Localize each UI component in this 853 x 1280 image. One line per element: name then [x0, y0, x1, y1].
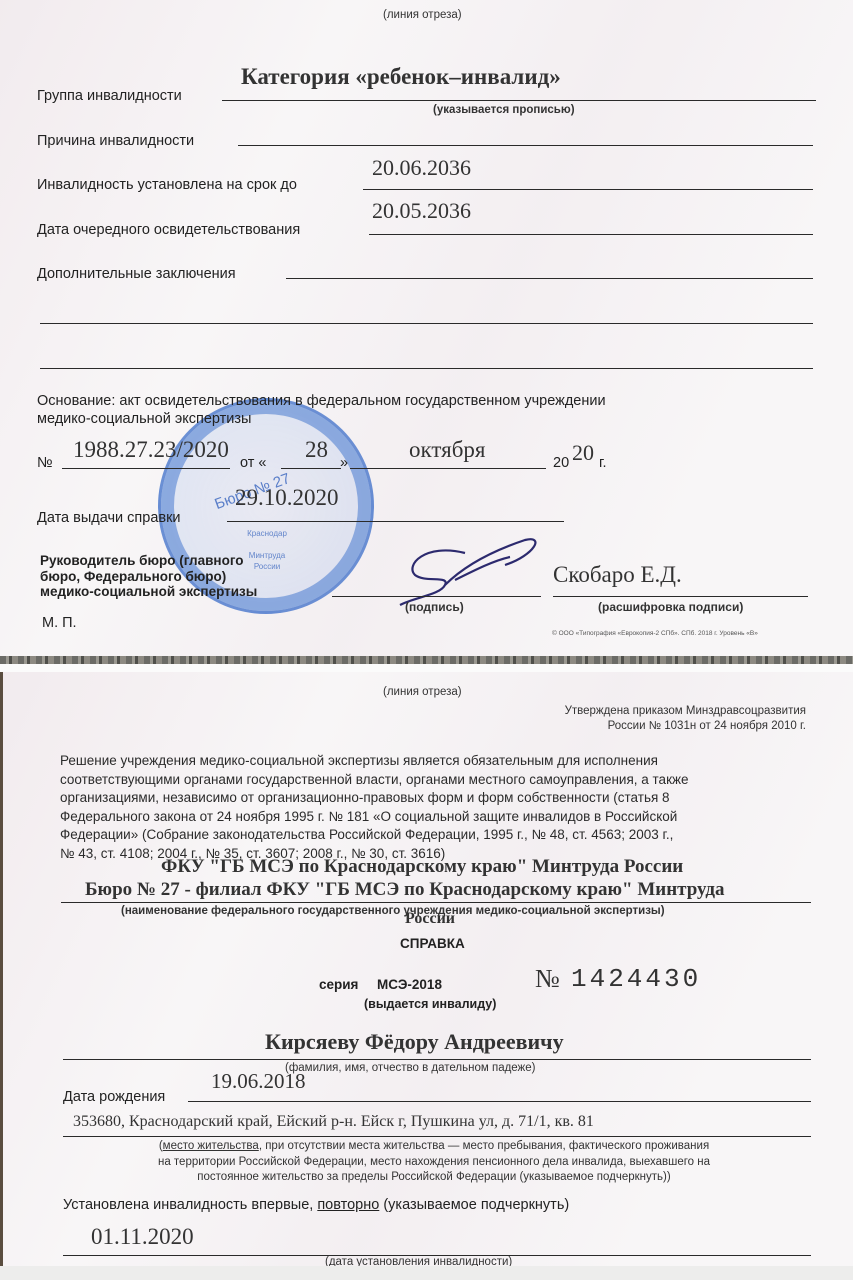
institution-line-2: Бюро № 27 - филиал ФКУ "ГБ МСЭ по Красно… — [85, 879, 724, 901]
address-hint: (место жительства, при отсутствии места … — [79, 1139, 789, 1186]
cut-line-label-bottom: (линия отреза) — [383, 686, 462, 698]
next-exam-value: 20.05.2036 — [372, 198, 471, 224]
sheet-gap — [0, 664, 853, 672]
established-underlined: повторно — [317, 1197, 379, 1213]
institution-line-1: ФКУ "ГБ МСЭ по Краснодарскому краю" Минт… — [161, 856, 683, 878]
address-value: 353680, Краснодарский край, Ейский р-н. … — [73, 1113, 594, 1131]
decoded-signature-value: Скобаро Е.Д. — [553, 562, 682, 588]
basis-month-line — [350, 468, 546, 469]
basis-day-line — [281, 468, 341, 469]
series-value: МСЭ-2018 — [377, 977, 442, 992]
basis-number-line — [62, 468, 230, 469]
stamp-inner-line-1: Краснодар — [237, 529, 297, 538]
valid-until-label: Инвалидность установлена на срок до — [37, 177, 297, 193]
basis-year-unit: г. — [599, 455, 607, 471]
legal-line-4: Федерального закона от 24 ноября 1995 г.… — [60, 808, 810, 827]
cause-label: Причина инвалидности — [37, 133, 194, 149]
institution-line-3: России — [405, 910, 455, 928]
decoded-signature-line — [553, 596, 808, 597]
disability-group-label: Группа инвалидности — [37, 88, 182, 104]
issue-date-label: Дата выдачи справки — [37, 510, 181, 526]
series-label: серия — [319, 977, 358, 992]
issue-date-line — [227, 521, 564, 522]
document-title: СПРАВКА — [400, 936, 465, 951]
birth-date-line — [188, 1101, 811, 1102]
additional-line-1 — [286, 278, 813, 279]
birth-date-label: Дата рождения — [63, 1089, 165, 1105]
additional-label: Дополнительные заключения — [37, 266, 236, 282]
address-hint-rest: , при отсутствии места жительства — мест… — [259, 1140, 709, 1152]
person-name-line — [63, 1059, 811, 1060]
additional-line-3 — [40, 368, 813, 369]
additional-line-2 — [40, 323, 813, 324]
institution-line — [61, 902, 811, 903]
person-name: Кирсяеву Фёдору Андреевичу — [265, 1029, 564, 1055]
legal-line-2: соответствующими органами государственно… — [60, 771, 810, 790]
valid-until-value: 20.06.2036 — [372, 155, 471, 181]
seal-place-label: М. П. — [42, 615, 77, 631]
signature-line — [332, 596, 541, 597]
bottom-band — [0, 1266, 853, 1280]
basis-day-value: 28 — [305, 437, 328, 463]
signature-icon — [395, 535, 555, 610]
disability-group-hint: (указывается прописью) — [433, 104, 575, 116]
basis-day-close: » — [340, 455, 348, 471]
certificate-lower-part: (линия отреза) Утверждена приказом Минзд… — [0, 672, 853, 1266]
basis-from-label: от « — [240, 455, 266, 471]
basis-number-value: 1988.27.23/2020 — [73, 437, 229, 463]
approval-note: Утверждена приказом Минздравсоцразвития … — [565, 704, 806, 734]
basis-number-prefix: № — [37, 455, 53, 471]
established-prefix: Установлена инвалидность впервые, — [63, 1197, 317, 1213]
legal-line-5: Федерации» (Собрание законодательства Ро… — [60, 826, 810, 845]
approval-note-line-1: Утверждена приказом Минздравсоцразвития — [565, 704, 806, 719]
person-name-hint: (фамилия, имя, отчество в дательном паде… — [285, 1062, 535, 1074]
next-exam-line — [369, 234, 813, 235]
tear-edge — [0, 656, 853, 664]
certificate-upper-part: (линия отреза) Категория «ребенок–инвали… — [0, 0, 853, 660]
head-label-line-3: медико-социальной экспертизы — [40, 584, 257, 600]
next-exam-label: Дата очередного освидетельствования — [37, 222, 300, 238]
birth-date-value: 19.06.2018 — [211, 1069, 306, 1094]
disability-group-value: Категория «ребенок–инвалид» — [241, 64, 561, 90]
approval-note-line-2: России № 1031н от 24 ноября 2010 г. — [565, 719, 806, 734]
established-suffix: (указываемое подчеркнуть) — [379, 1197, 569, 1213]
address-hint-line-1: (место жительства, при отсутствии места … — [79, 1139, 789, 1155]
valid-until-line — [363, 189, 813, 190]
legal-line-3: организациями, независимо от организацио… — [60, 789, 810, 808]
basis-text-line-2: медико-социальной экспертизы — [37, 411, 251, 427]
address-line — [63, 1136, 811, 1137]
printer-note: © ООО «Типография «Еврокопия-2 СПб». СПб… — [552, 630, 758, 637]
signature-hint: (подпись) — [405, 600, 464, 614]
head-label: Руководитель бюро (главного бюро, Федера… — [40, 553, 257, 600]
basis-year-prefix: 20 — [553, 455, 569, 471]
basis-month-value: октября — [409, 437, 485, 463]
decoded-signature-hint: (расшифровка подписи) — [598, 600, 743, 614]
established-date-value: 01.11.2020 — [91, 1224, 194, 1250]
cause-line — [238, 145, 813, 146]
address-hint-line-2: на территории Российской Федерации, мест… — [79, 1155, 789, 1171]
basis-text-line-1: Основание: акт освидетельствования в фед… — [37, 393, 606, 409]
address-hint-underlined: место жительства — [163, 1140, 259, 1152]
legal-line-1: Решение учреждения медико-социальной экс… — [60, 752, 810, 771]
address-hint-line-3: постоянное жительство за пределы Российс… — [79, 1170, 789, 1186]
number-sign: № — [535, 964, 560, 994]
established-text: Установлена инвалидность впервые, повтор… — [63, 1197, 569, 1213]
legal-paragraph: Решение учреждения медико-социальной экс… — [60, 752, 810, 863]
basis-year-suffix: 20 — [572, 440, 594, 466]
issued-to-hint: (выдается инвалиду) — [364, 997, 496, 1011]
head-label-line-2: бюро, Федерального бюро) — [40, 569, 257, 585]
certificate-number: 1424430 — [571, 964, 701, 994]
institution-hint: (наименование федерального государственн… — [121, 905, 665, 917]
issue-date-value: 29.10.2020 — [235, 485, 339, 511]
cut-line-label: (линия отреза) — [383, 9, 462, 21]
head-label-line-1: Руководитель бюро (главного — [40, 553, 257, 569]
disability-group-line — [222, 100, 816, 101]
